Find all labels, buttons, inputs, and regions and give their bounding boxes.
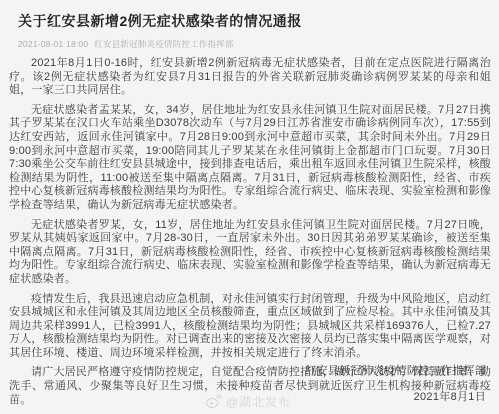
paragraph-response-measures: 疫情发生后，我县迅速启动应急机制，对永佳河镇实行封闭管理，升级为中风险地区，启动… (9, 293, 491, 361)
watermark-text: @湖北发布 (226, 393, 291, 410)
paragraph-case1-mother: 无症状感染者孟某某，女，34岁，居住地址为红安县永佳河镇卫生院对面居民楼。7月2… (9, 104, 491, 213)
paragraph-case2-sister: 无症状感染者罗某，女，11岁，居住地址为红安县永佳河镇卫生院对面居民楼。7月27… (9, 219, 491, 287)
signature-issuer: 红安县新冠肺炎疫情防控工作指挥部 (305, 362, 486, 378)
page-title: 关于红安县新增2例无症状感染者的情况通报 (18, 11, 491, 31)
paragraph-summary: 2021年8月1日0-16时，红安县新增2例新冠病毒无症状感染者，目前在定点医院… (9, 57, 491, 98)
signature-block: 红安县新冠肺炎疫情防控工作指挥部 2021年8月1日 (305, 362, 486, 404)
signature-date: 2021年8月1日 (305, 388, 486, 404)
publisher-name: 红安县新冠肺炎疫情防控工作指挥部 (94, 39, 233, 49)
notice-body: 2021年8月1日0-16时，红安县新增2例新冠病毒无症状感染者，目前在定点医院… (9, 57, 491, 407)
weibo-icon (205, 394, 222, 409)
publish-time: 2021-08-01 18:00 (18, 39, 88, 49)
notice-page: 关于红安县新增2例无症状感染者的情况通报 2021-08-01 18:00红安县… (0, 0, 499, 414)
watermark: @湖北发布 (205, 393, 291, 410)
meta-line: 2021-08-01 18:00红安县新冠肺炎疫情防控工作指挥部 (18, 38, 491, 50)
